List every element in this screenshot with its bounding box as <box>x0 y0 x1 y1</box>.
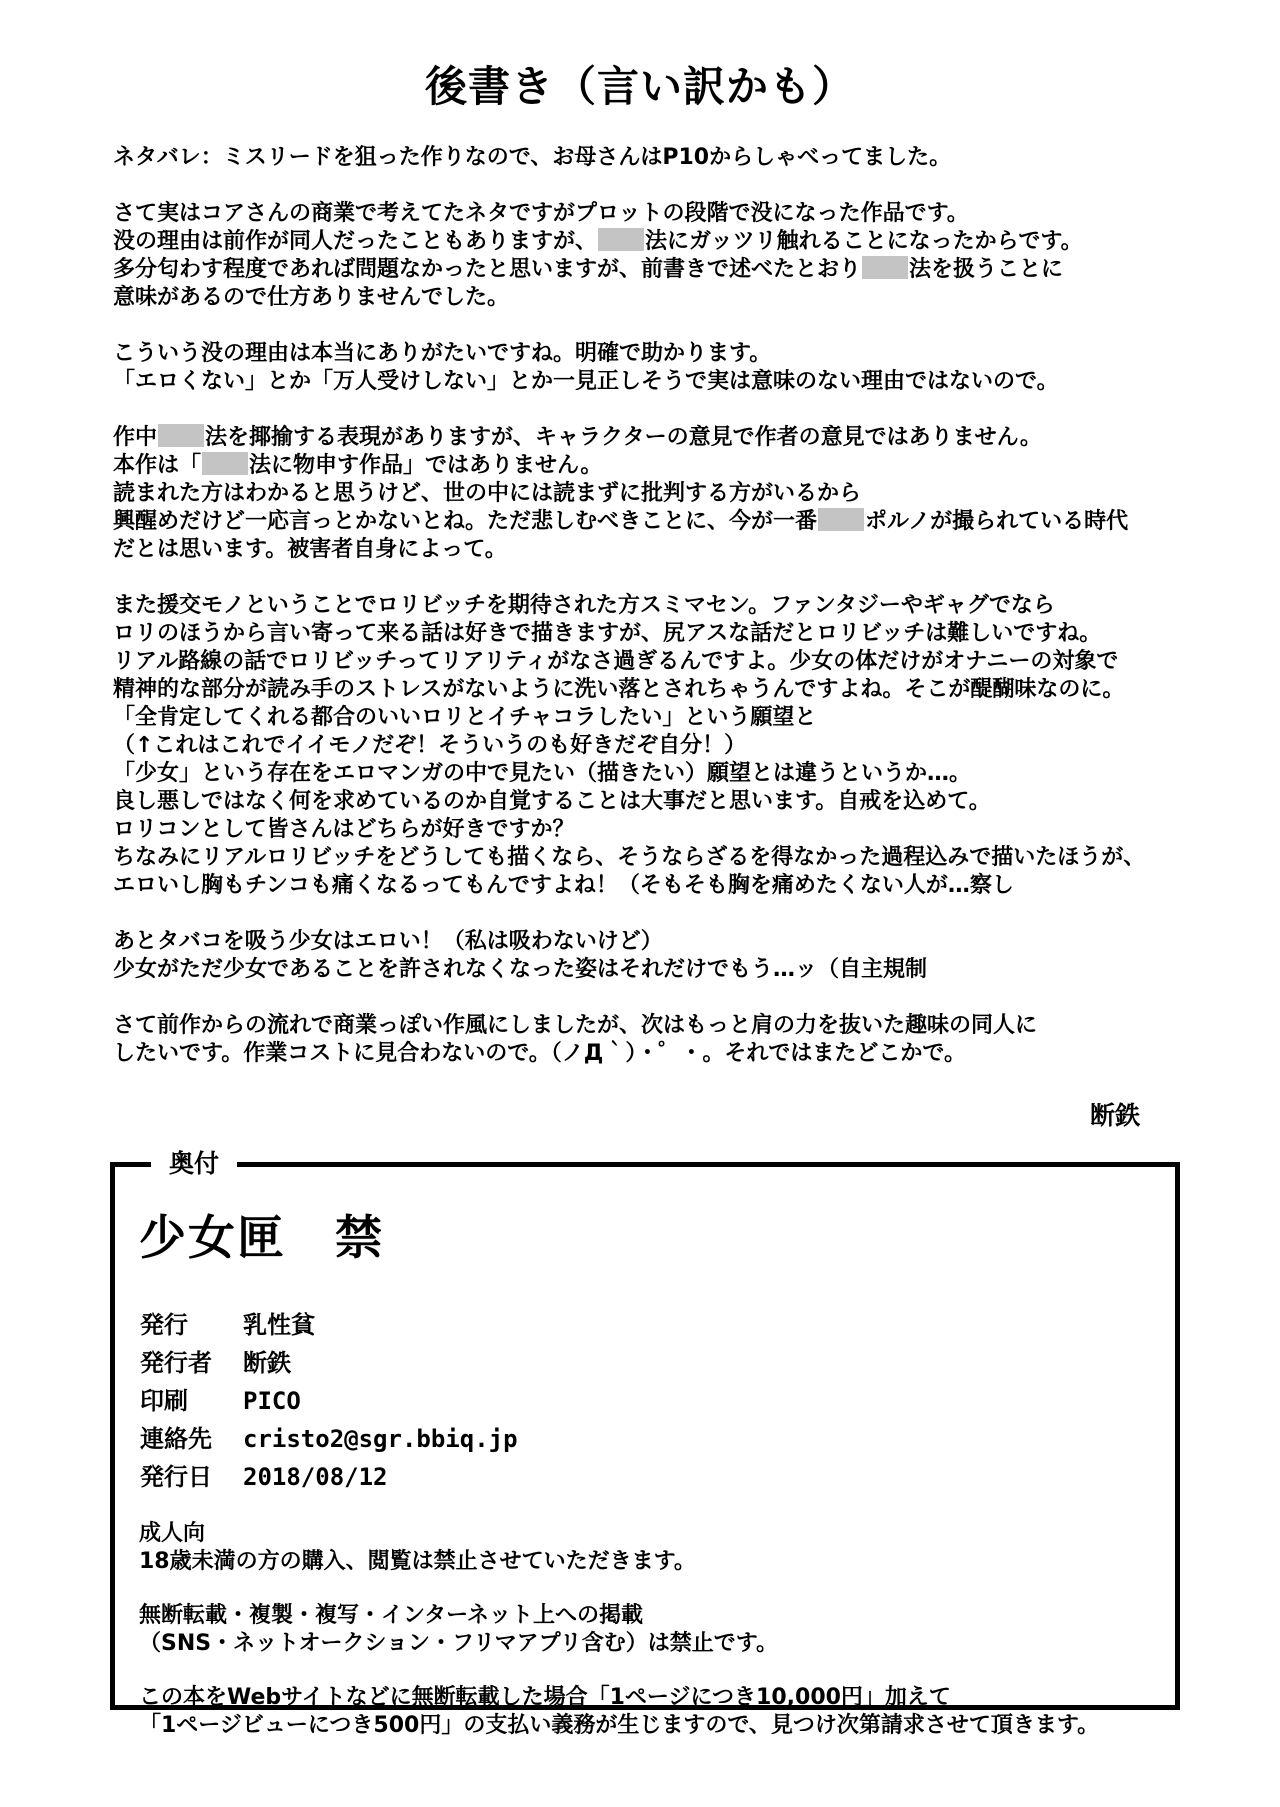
text-line: 読まれた方はわかると思うけど、世の中には読まずに批判する方がいるから <box>113 480 1220 508</box>
paragraph: ネタバレ：ミスリードを狙った作りなので、お母さんはP10からしゃべってました。 <box>113 144 1220 172</box>
colophon-notices: 成人向 18歳未満の方の購入、閲覧は禁止させていただきます。 無断転載・複製・複… <box>139 1520 1151 1740</box>
paragraph: あとタバコを吸う少女はエロい！（私は吸わないけど） 少女がただ少女であることを許… <box>113 928 1220 984</box>
info-label: 発行日 <box>139 1458 242 1496</box>
text-line: （SNS・ネットオークション・フリマアプリ含む）は禁止です。 <box>139 1630 1151 1658</box>
paragraph: 作中法を揶揄する表現がありますが、キャラクターの意見で作者の意見ではありません。… <box>113 424 1220 564</box>
paragraph: さて前作からの流れで商業っぽい作風にしましたが、次はもっと肩の力を抜いた趣味の同… <box>113 1012 1220 1068</box>
info-value: 断鉄 <box>242 1344 519 1382</box>
text-line: 意味があるので仕方ありませんでした。 <box>113 284 1220 312</box>
text-line: 無断転載・複製・複写・インターネット上への掲載 <box>139 1602 1151 1630</box>
info-label: 発行者 <box>139 1344 242 1382</box>
notice-adult-only: 成人向 18歳未満の方の購入、閲覧は禁止させていただきます。 <box>139 1520 1151 1576</box>
paragraph: さて実はコアさんの商業で考えてたネタですがプロットの段階で没になった作品です。 … <box>113 200 1220 312</box>
text-line: 18歳未満の方の購入、閲覧は禁止させていただきます。 <box>139 1548 1151 1576</box>
censor-box <box>862 256 908 279</box>
text-line: この本をWebサイトなどに無断転載した場合「1ページにつき10,000円」加えて <box>139 1684 1151 1712</box>
text-line: あとタバコを吸う少女はエロい！（私は吸わないけど） <box>113 928 1220 956</box>
text-line: ロリコンとして皆さんはどちらが好きですか？ <box>113 816 1220 844</box>
text-line: （↑これはこれでイイモノだぞ！そういうのも好きだぞ自分！） <box>113 732 1220 760</box>
afterword-page: 後書き（言い訳かも） ネタバレ：ミスリードを狙った作りなので、お母さんはP10か… <box>0 0 1280 1807</box>
colophon-label: 奥付 <box>151 1149 237 1179</box>
info-label: 発行 <box>139 1306 242 1344</box>
text-line: リアル路線の話でロリビッチってリアリティがなさ過ぎるんですよ。少女の体だけがオナ… <box>113 648 1220 676</box>
info-value: 乳性貧 <box>242 1306 519 1344</box>
info-row-author: 発行者 断鉄 <box>139 1344 519 1382</box>
notice-no-reprint: 無断転載・複製・複写・インターネット上への掲載 （SNS・ネットオークション・フ… <box>139 1602 1151 1658</box>
text-line: だとは思います。被害者自身によって。 <box>113 536 1220 564</box>
info-value-date: 2018/08/12 <box>242 1458 519 1496</box>
info-row-date: 発行日 2018/08/12 <box>139 1458 519 1496</box>
text-line: 多分匂わす程度であれば問題なかったと思いますが、前書きで述べたとおり法を扱うこと… <box>113 256 1220 284</box>
page-title: 後書き（言い訳かも） <box>0 0 1280 114</box>
text-line: こういう没の理由は本当にありがたいですね。明確で助かります。 <box>113 340 1220 368</box>
colophon-box: 奥付 少女匣 禁 発行 乳性貧 発行者 断鉄 印刷 PICO 連絡先 cris <box>110 1162 1180 1710</box>
text-line: 「1ページビューにつき500円」の支払い義務が生じますので、見つけ次第請求させて… <box>139 1712 1151 1740</box>
text-line: したいです。作業コストに見合わないので。（ノД｀）・゜・。それではまたどこかで。 <box>113 1040 1220 1068</box>
notice-penalty: この本をWebサイトなどに無断転載した場合「1ページにつき10,000円」加えて… <box>139 1684 1151 1740</box>
text-line: さて実はコアさんの商業で考えてたネタですがプロットの段階で没になった作品です。 <box>113 200 1220 228</box>
text-line: 成人向 <box>139 1520 1151 1548</box>
info-row-contact: 連絡先 cristo2@sgr.bbiq.jp <box>139 1420 519 1458</box>
info-row-publisher: 発行 乳性貧 <box>139 1306 519 1344</box>
info-value-email: cristo2@sgr.bbiq.jp <box>242 1420 519 1458</box>
paragraph: また援交モノということでロリビッチを期待された方スミマセン。ファンタジーやギャグ… <box>113 592 1220 900</box>
censor-box <box>158 424 204 447</box>
info-value: PICO <box>242 1382 519 1420</box>
text-line: 「エロくない」とか「万人受けしない」とか一見正しそうで実は意味のない理由ではない… <box>113 368 1220 396</box>
book-title: 少女匣 禁 <box>139 1201 1175 1268</box>
colophon-info-table: 発行 乳性貧 発行者 断鉄 印刷 PICO 連絡先 cristo2@sgr.bb… <box>139 1306 519 1496</box>
censor-box <box>598 228 644 251</box>
info-label: 連絡先 <box>139 1420 242 1458</box>
censor-box <box>202 452 248 475</box>
text-line: 作中法を揶揄する表現がありますが、キャラクターの意見で作者の意見ではありません。 <box>113 424 1220 452</box>
text-line: 精神的な部分が読み手のストレスがないように洗い落とされちゃうんですよね。そこが醍… <box>113 676 1220 704</box>
text-line: ネタバレ：ミスリードを狙った作りなので、お母さんはP10からしゃべってました。 <box>113 144 1220 172</box>
text-line: 本作は「法に物申す作品」ではありません。 <box>113 452 1220 480</box>
text-line: 没の理由は前作が同人だったこともありますが、法にガッツリ触れることになったからで… <box>113 228 1220 256</box>
author-signature: 断鉄 <box>0 1096 1140 1132</box>
text-line: 「少女」という存在をエロマンガの中で見たい（描きたい）願望とは違うというか…。 <box>113 760 1220 788</box>
text-line: エロいし胸もチンコも痛くなるってもんですよね！（そもそも胸を痛めたくない人が…察… <box>113 872 1220 900</box>
text-line: 少女がただ少女であることを許されなくなった姿はそれだけでもう…ッ（自主規制 <box>113 956 1220 984</box>
text-line: ロリのほうから言い寄って来る話は好きで描きますが、尻アスな話だとロリビッチは難し… <box>113 620 1220 648</box>
text-line: 興醒めだけど一応言っとかないとね。ただ悲しむべきことに、今が一番ポルノが撮られて… <box>113 508 1220 536</box>
censor-box <box>818 508 864 531</box>
text-line: 「全肯定してくれる都合のいいロリとイチャコラしたい」という願望と <box>113 704 1220 732</box>
text-line: 良し悪しではなく何を求めているのか自覚することは大事だと思います。自戒を込めて。 <box>113 788 1220 816</box>
paragraph: こういう没の理由は本当にありがたいですね。明確で助かります。 「エロくない」とか… <box>113 340 1220 396</box>
text-line: ちなみにリアルロリビッチをどうしても描くなら、そうならざるを得なかった過程込みで… <box>113 844 1220 872</box>
text-line: また援交モノということでロリビッチを期待された方スミマセン。ファンタジーやギャグ… <box>113 592 1220 620</box>
text-line: さて前作からの流れで商業っぽい作風にしましたが、次はもっと肩の力を抜いた趣味の同… <box>113 1012 1220 1040</box>
info-label: 印刷 <box>139 1382 242 1420</box>
info-row-printer: 印刷 PICO <box>139 1382 519 1420</box>
afterword-body: ネタバレ：ミスリードを狙った作りなので、お母さんはP10からしゃべってました。 … <box>113 144 1220 1068</box>
